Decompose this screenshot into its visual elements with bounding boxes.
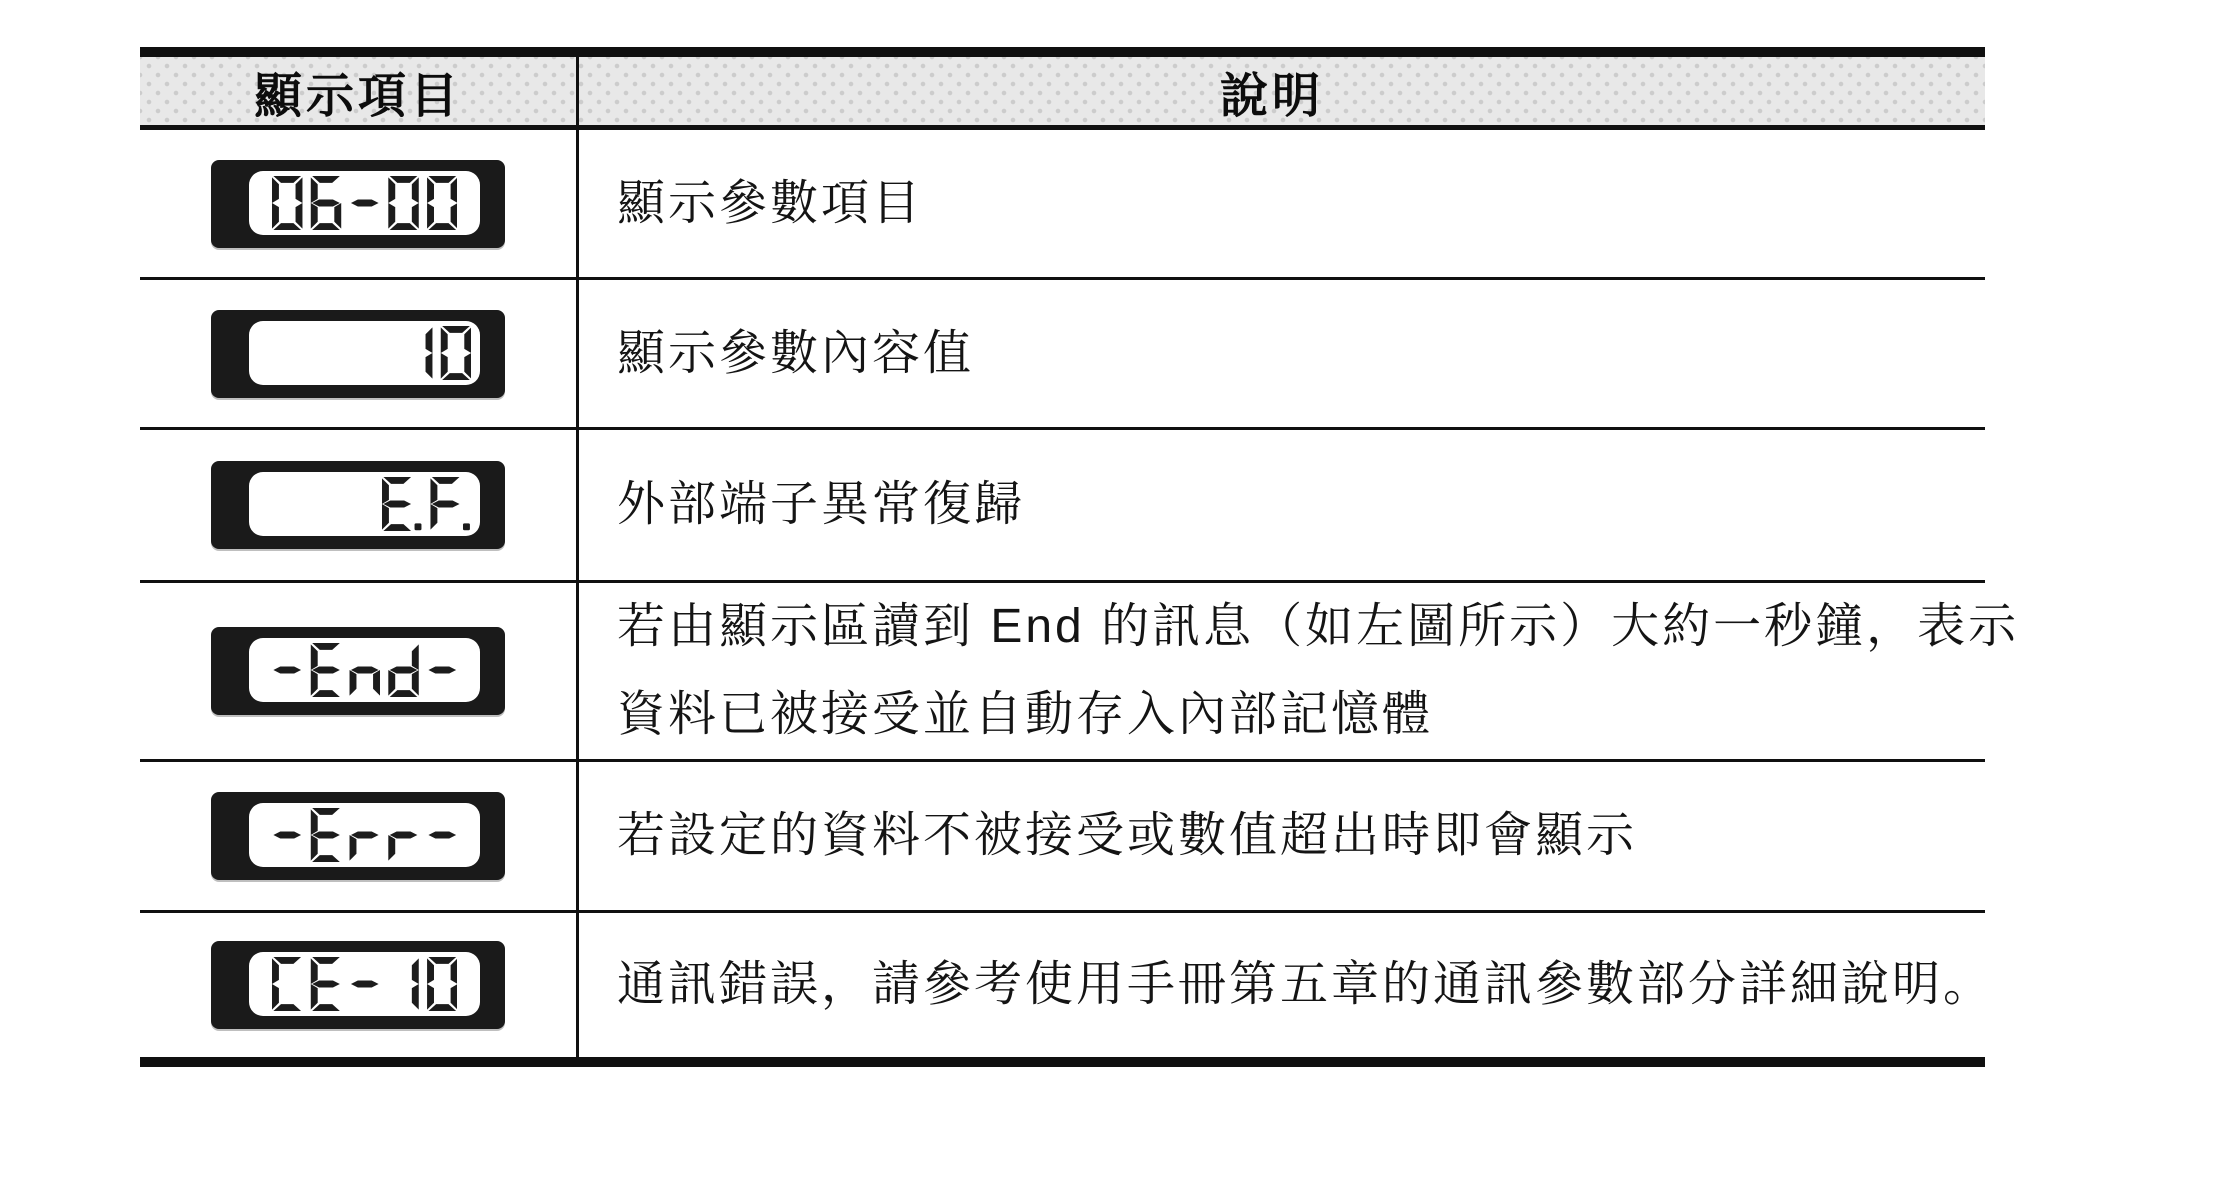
led-panel: [249, 171, 480, 235]
led-display: [211, 461, 505, 549]
seven-segment-digits-icon: [272, 957, 458, 1011]
description-line: 若由顯示區讀到 End 的訊息（如左圖所示）大約一秒鐘，表示: [617, 583, 2019, 671]
description-cell: 顯示參數內容值: [576, 280, 1985, 427]
description-line: 顯示參數項目: [617, 160, 1965, 248]
led-panel: [249, 803, 480, 867]
display-cell: [140, 583, 576, 759]
display-cell: [140, 762, 576, 910]
manual-page: 顯示項目 說明 顯示參數項目 顯示參數內容值 外部端子異常復歸: [0, 0, 2240, 1180]
led-display: [211, 160, 505, 248]
description-cell: 顯示參數項目: [576, 130, 1985, 277]
description-line: 通訊錯誤，請參考使用手冊第五章的通訊參數部分詳細說明。: [617, 941, 1994, 1029]
description-cell: 通訊錯誤，請參考使用手冊第五章的通訊參數部分詳細說明。: [576, 913, 2014, 1057]
header-label-description: 說明: [1220, 57, 1324, 126]
description-line: 外部端子異常復歸: [617, 461, 1965, 549]
led-panel: [249, 321, 480, 385]
table-row: 通訊錯誤，請參考使用手冊第五章的通訊參數部分詳細說明。: [140, 913, 1985, 1057]
table-row: 外部端子異常復歸: [140, 430, 1985, 583]
description-cell: 外部端子異常復歸: [576, 430, 1985, 580]
led-panel: [249, 638, 480, 702]
description-cell: 若由顯示區讀到 End 的訊息（如左圖所示）大約一秒鐘，表示資料已被接受並自動存…: [576, 583, 2039, 759]
header-cell-description: 說明: [576, 57, 1985, 125]
header-label-display-item: 顯示項目: [254, 57, 462, 126]
led-panel: [249, 472, 480, 536]
led-panel: [249, 952, 480, 1016]
seven-segment-digits-icon: [272, 176, 458, 230]
led-display: [211, 941, 505, 1029]
table-row: 若設定的資料不被接受或數值超出時即會顯示: [140, 762, 1985, 913]
table-row: 若由顯示區讀到 End 的訊息（如左圖所示）大約一秒鐘，表示資料已被接受並自動存…: [140, 583, 1985, 762]
table-header-row: 顯示項目 說明: [140, 57, 1985, 130]
seven-segment-digits-icon: [272, 808, 458, 862]
led-display: [211, 792, 505, 880]
display-cell: [140, 913, 576, 1057]
display-cell: [140, 130, 576, 277]
display-cell: [140, 430, 576, 580]
led-display: [211, 310, 505, 398]
description-cell: 若設定的資料不被接受或數值超出時即會顯示: [576, 762, 1985, 910]
display-cell: [140, 280, 576, 427]
header-cell-display-item: 顯示項目: [140, 57, 576, 125]
seven-segment-digits-icon: [272, 643, 458, 697]
description-line: 顯示參數內容值: [617, 310, 1965, 398]
led-display: [211, 627, 505, 715]
description-line: 資料已被接受並自動存入內部記憶體: [617, 671, 2019, 759]
seven-segment-digits-icon: [382, 477, 471, 531]
display-item-table: 顯示項目 說明 顯示參數項目 顯示參數內容值 外部端子異常復歸: [140, 47, 1985, 1067]
table-body: 顯示參數項目 顯示參數內容值 外部端子異常復歸 若由顯示區讀到 End 的訊息（…: [140, 130, 1985, 1057]
description-line: 若設定的資料不被接受或數值超出時即會顯示: [617, 792, 1965, 880]
seven-segment-digits-icon: [402, 326, 471, 380]
table-row: 顯示參數項目: [140, 130, 1985, 280]
table-row: 顯示參數內容值: [140, 280, 1985, 430]
